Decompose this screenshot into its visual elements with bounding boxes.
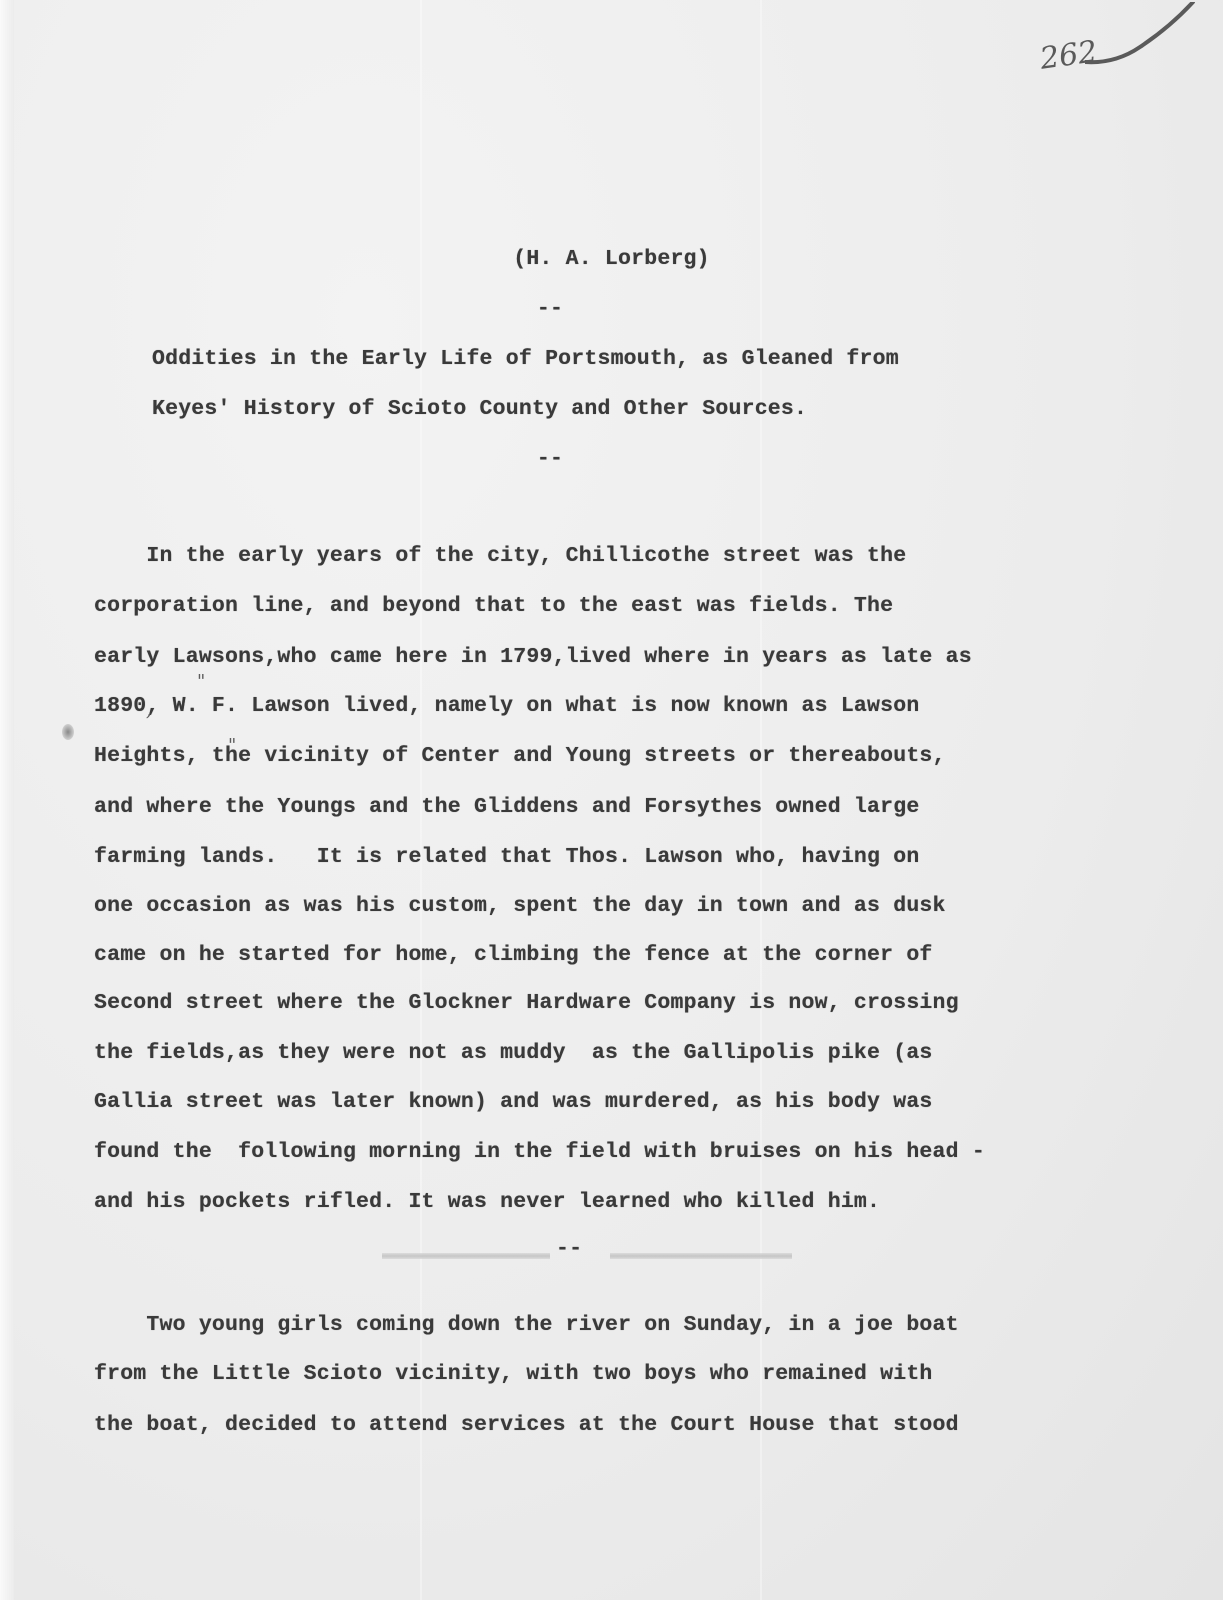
text-line: 1890, W. F. Lawson lived, namely on what… xyxy=(94,694,919,718)
text-line: the fields,as they were not as muddy as … xyxy=(94,1041,933,1065)
text-line: came on he started for home, climbing th… xyxy=(94,943,933,967)
text-line: and where the Youngs and the Gliddens an… xyxy=(94,795,919,819)
text-line: Heights, the vicinity of Center and Youn… xyxy=(94,744,946,768)
text-line: the boat, decided to attend services at … xyxy=(94,1413,959,1437)
divider: -- xyxy=(0,447,1100,471)
separator-line xyxy=(382,1253,550,1259)
divider: -- xyxy=(0,297,1100,321)
divider: -- xyxy=(556,1237,582,1261)
check-mark-icon xyxy=(1085,2,1195,72)
text-line: corporation line, and beyond that to the… xyxy=(94,594,893,618)
text-line: farming lands. It is related that Thos. … xyxy=(94,845,919,869)
author-line: (H. A. Lorberg) xyxy=(0,247,1223,271)
text-line: In the early years of the city, Chillico… xyxy=(94,544,906,568)
text-line: Two young girls coming down the river on… xyxy=(94,1313,959,1337)
title-line: Keyes' History of Scioto County and Othe… xyxy=(152,397,807,421)
separator-line xyxy=(610,1253,792,1259)
text-line: Second street where the Glockner Hardwar… xyxy=(94,991,959,1015)
ink-smudge xyxy=(62,724,74,740)
text-line: found the following morning in the field… xyxy=(94,1140,985,1164)
text-line: early Lawsons,who came here in 1799,live… xyxy=(94,645,972,669)
pencil-comma: , xyxy=(146,700,152,721)
page-edge xyxy=(0,0,14,1600)
pencil-quote-mark: " xyxy=(228,735,236,756)
text-line: and his pockets rifled. It was never lea… xyxy=(94,1190,880,1214)
text-line: Gallia street was later known) and was m… xyxy=(94,1090,933,1114)
text-line: one occasion as was his custom, spent th… xyxy=(94,894,946,918)
pencil-quote-mark: " xyxy=(197,671,205,692)
title-line: Oddities in the Early Life of Portsmouth… xyxy=(152,347,899,371)
text-line: from the Little Scioto vicinity, with tw… xyxy=(94,1362,933,1386)
scanned-page: 262 (H. A. Lorberg) -- Oddities in the E… xyxy=(0,0,1223,1600)
